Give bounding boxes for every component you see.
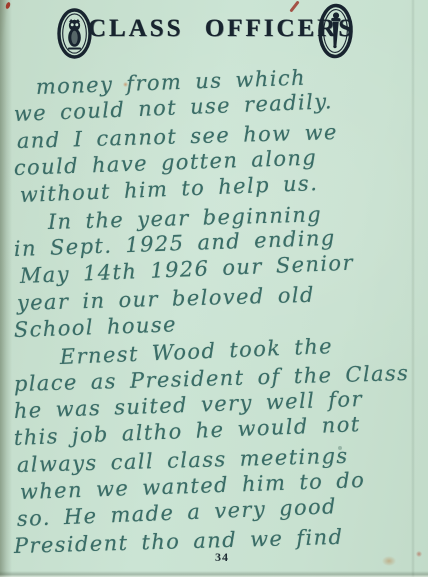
page-bottom-edge (0, 571, 428, 577)
torch-icon (315, 2, 356, 59)
handwritten-text: money from us which we could not use rea… (12, 74, 422, 560)
printed-header: CLASS OFFICERS (0, 0, 428, 66)
page-title: CLASS OFFICERS (88, 15, 316, 43)
binding-edge-shadow (0, 0, 12, 577)
scrapbook-page: CLASS OFFICERS money from us which we co… (0, 0, 428, 577)
page-number: 34 (8, 550, 428, 565)
